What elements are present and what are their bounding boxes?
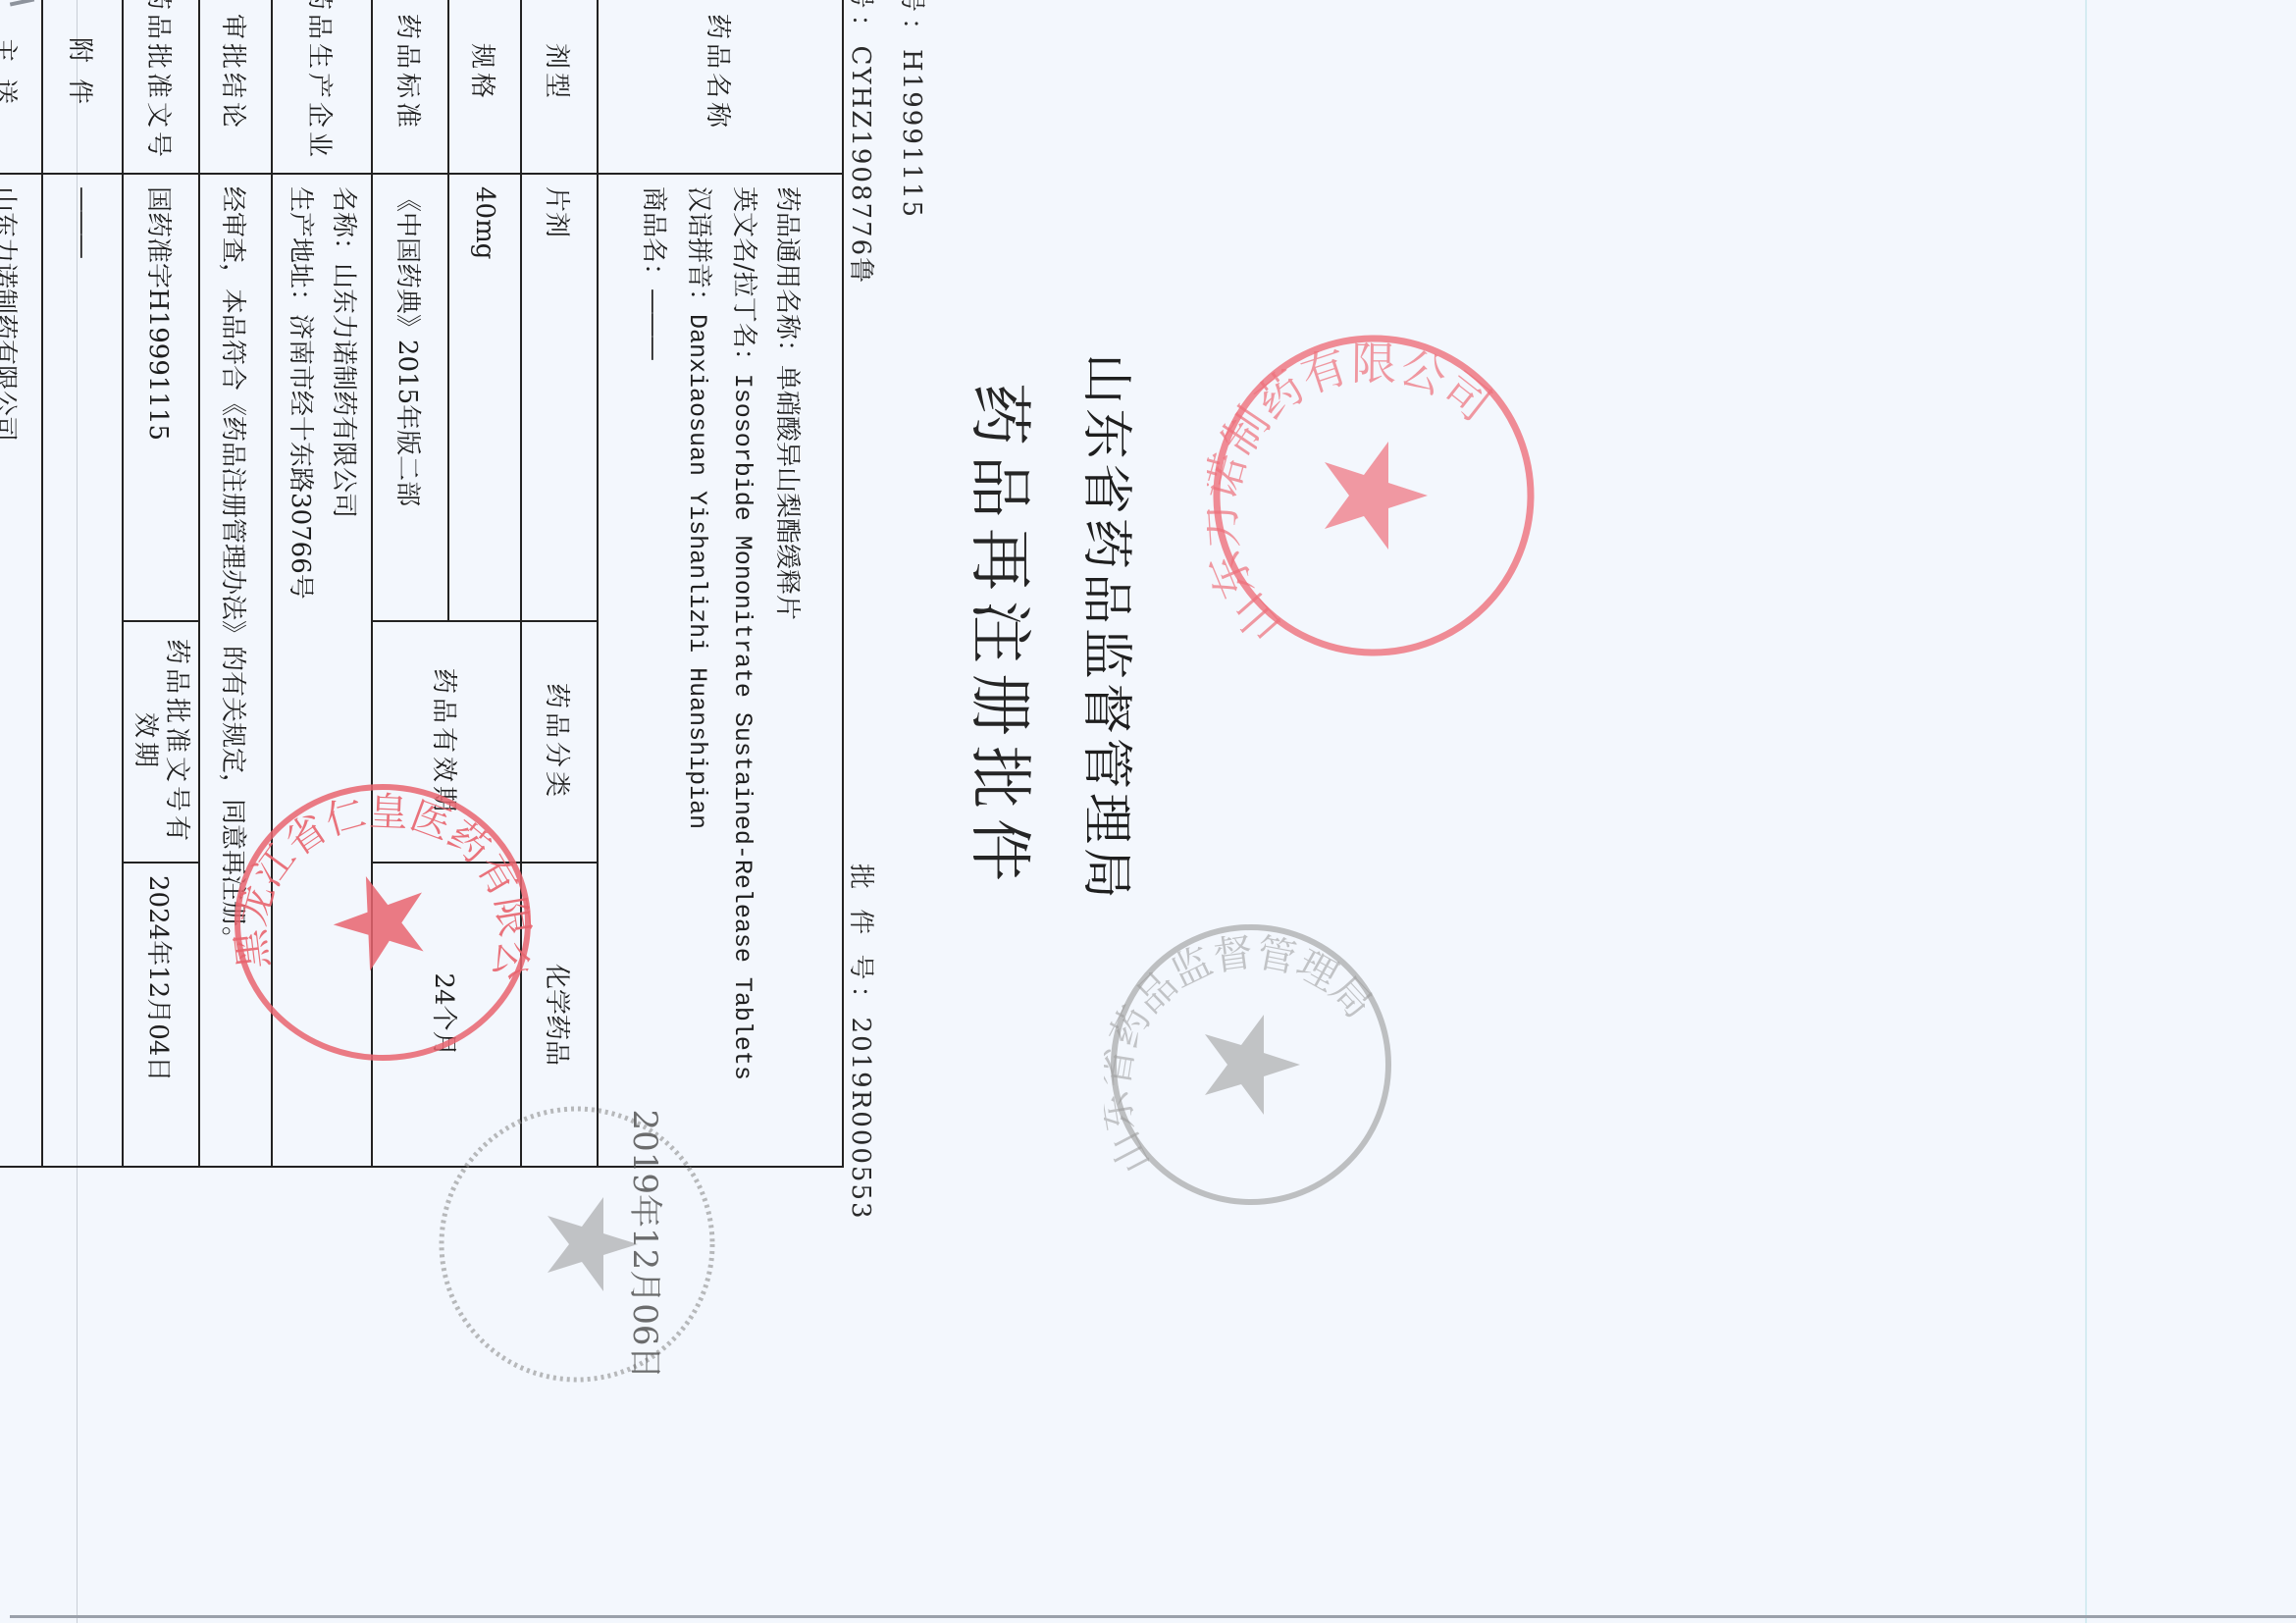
original-number-value: H19991115 [897, 49, 926, 219]
generic-name-label: 药品通用名称： [772, 186, 802, 365]
standard-value: 《中国药典》2015年版二部 [372, 174, 448, 621]
main-recipient-label: 主 送 [0, 0, 42, 174]
dosage-form-value: 片剂 [521, 174, 598, 621]
attachment-value: ——— [42, 174, 123, 1167]
manufacturer-label: 药品生产企业 [272, 0, 372, 174]
dosage-form-label: 剂型 [521, 0, 598, 174]
table-row: 附 件 ——— [42, 0, 123, 1167]
conclusion-label: 审批结论 [199, 0, 272, 174]
table-row: 主 送 山东力诺制药有限公司 [0, 0, 42, 1167]
table-row: 药品批准文号 国药准字H19991115 药品批准文号有效期 2024年12月0… [123, 0, 199, 1167]
approval-number-row-label: 药品批准文号 [123, 0, 199, 174]
trade-name-label: 商品名： [639, 186, 668, 288]
strength-label: 规格 [448, 0, 521, 174]
table-row: 药品名称 药品通用名称：单硝酸异山梨酯缓释片 英文名/拉丁名：Isosorbid… [598, 0, 843, 1167]
approval-number-row-value: 国药准字H19991115 [123, 174, 199, 621]
drug-name-label: 药品名称 [598, 0, 843, 174]
manufacturer-address: 济南市经十东路30766号 [286, 314, 315, 600]
manufacturer-name-label: 名称： [329, 186, 358, 263]
manufacturer-address-label: 生产地址： [286, 186, 315, 314]
generic-name: 单硝酸异山梨酯缓释片 [772, 365, 802, 620]
svg-text:2019年12月06日: 2019年12月06日 [625, 1109, 664, 1379]
scan-edge-bottom [10, 1615, 2296, 1618]
document-title: 药品再注册批件 [960, 383, 1050, 891]
pinyin-name: Danxiaosuan Yishanlizhi Huanshipian [683, 314, 711, 829]
approval-validity-label: 药品批准文号有效期 [123, 621, 199, 863]
original-number: 原始编号：H19991115 [896, 0, 932, 219]
english-name: Isosorbide Mononitrate Sustained-Release… [728, 374, 757, 1080]
acceptance-number-value: CYHZ1908776鲁 [846, 46, 875, 286]
acceptance-number: 受 理 号：CYHZ1908776鲁 [845, 0, 881, 285]
approval-validity-value: 2024年12月04日 [123, 863, 199, 1167]
drug-name-cell: 药品通用名称：单硝酸异山梨酯缓释片 英文名/拉丁名：Isosorbide Mon… [598, 174, 843, 1167]
acceptance-number-label: 受 理 号： [846, 0, 875, 46]
strength-value: 40mg [448, 174, 521, 621]
original-number-label: 原始编号： [897, 0, 926, 49]
date-seal-stamp: 2019年12月06日 [432, 1097, 721, 1391]
approval-number-label: 批 件 号： [846, 864, 875, 1018]
approval-number-value: 2019R000553 [846, 1018, 875, 1221]
english-name-label: 英文名/拉丁名： [729, 186, 758, 374]
agency-seal-stamp: 山东省药品监督管理局 [1104, 917, 1398, 1212]
standard-label: 药品标准 [372, 0, 448, 174]
pinyin-name-label: 汉语拼音： [684, 186, 713, 314]
manufacturer-name: 山东力诺制药有限公司 [329, 263, 358, 518]
approval-number: 批 件 号：2019R000553 [845, 864, 881, 1221]
manufacturer-seal-stamp: 山东力诺制药有限公司 [1207, 329, 1540, 662]
scan-edge-right [2085, 0, 2087, 1623]
agency-title: 山东省药品监督管理局 [1074, 353, 1148, 903]
main-recipient-value: 山东力诺制药有限公司 [0, 174, 42, 1167]
company-seal-stamp: 黑龙江省仁皇医药有限公司 [231, 780, 535, 1065]
svg-text:黑龙江省仁皇医药有限公司: 黑龙江省仁皇医药有限公司 [231, 780, 535, 984]
trade-name: ——— [639, 288, 668, 359]
attachment-label: 附 件 [42, 0, 123, 174]
